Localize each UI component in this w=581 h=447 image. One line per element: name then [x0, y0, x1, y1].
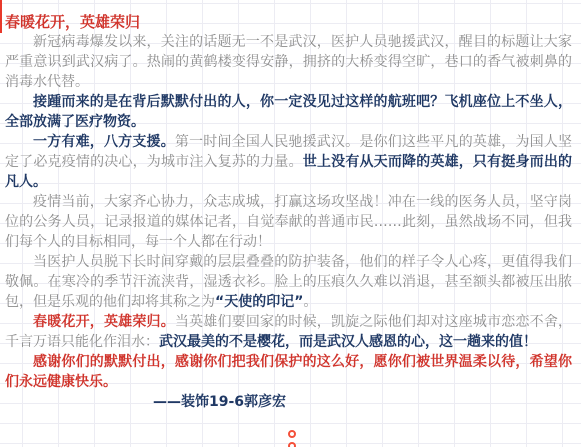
- text-run: 接踵而来的是在背后默默付出的人，你一定没见过这样的航班吧？飞机座位上不坐人，全部…: [5, 94, 572, 130]
- paragraph: 疫情当前，大家齐心协力，众志成城，打赢这场攻坚战！冲在一线的医务人员，坚守岗位的…: [5, 192, 572, 252]
- text-run: 武汉最美的不是樱花，而是武汉人感恩的心，这一趟来的值！: [159, 334, 537, 350]
- red-circle-marker-top: [288, 430, 296, 438]
- paragraph-container: 新冠病毒爆发以来，关注的话题无一不是武汉，医护人员驰援武汉，醒目的标题让大家严重…: [5, 32, 572, 392]
- paragraph: 感谢你们的默默付出，感谢你们把我们保护的这么好，愿你们被世界温柔以待，希望你们永…: [5, 352, 572, 392]
- document-page: 春暖花开，英雄荣归 新冠病毒爆发以来，关注的话题无一不是武汉，医护人员驰援武汉，…: [0, 0, 581, 447]
- paragraph: 春暖花开，英雄荣归。当英雄们要回家的时候，凯旋之际他们却对这座城市恋恋不舍，千言…: [5, 312, 572, 352]
- paragraph: 接踵而来的是在背后默默付出的人，你一定没见过这样的航班吧？飞机座位上不坐人，全部…: [5, 92, 572, 132]
- text-run: 春暖花开，英雄荣归。: [33, 314, 175, 330]
- text-run: 一方有难，八方支援。: [33, 134, 175, 150]
- text-run: 感谢你们的默默付出，感谢你们把我们保护的这么好，愿你们被世界温柔以待，希望你们永…: [5, 354, 572, 390]
- text-run: “天使的印记”: [215, 294, 303, 310]
- paragraph: 当医护人员脱下长时间穿戴的层层叠叠的防护装备，他们的样子令人心疼，更值得我们敬佩…: [5, 252, 572, 312]
- paragraph: 一方有难，八方支援。第一时间全国人民驰援武汉。是你们这些平凡的英雄，为国人坚定了…: [5, 132, 572, 192]
- document-title: 春暖花开，英雄荣归: [5, 12, 572, 32]
- text-run: 新冠病毒爆发以来，关注的话题无一不是武汉，医护人员驰援武汉，醒目的标题让大家严重…: [5, 34, 572, 90]
- red-circle-marker-bottom: [288, 442, 296, 447]
- signature-line: ——装饰19-6郭彦宏: [153, 392, 572, 412]
- text-run: 疫情当前，大家齐心协力，众志成城，打赢这场攻坚战！冲在一线的医务人员，坚守岗位的…: [5, 194, 572, 250]
- text-run: 。: [303, 294, 317, 310]
- document-body[interactable]: 春暖花开，英雄荣归 新冠病毒爆发以来，关注的话题无一不是武汉，医护人员驰援武汉，…: [0, 0, 581, 412]
- paragraph: 新冠病毒爆发以来，关注的话题无一不是武汉，医护人员驰援武汉，醒目的标题让大家严重…: [5, 32, 572, 92]
